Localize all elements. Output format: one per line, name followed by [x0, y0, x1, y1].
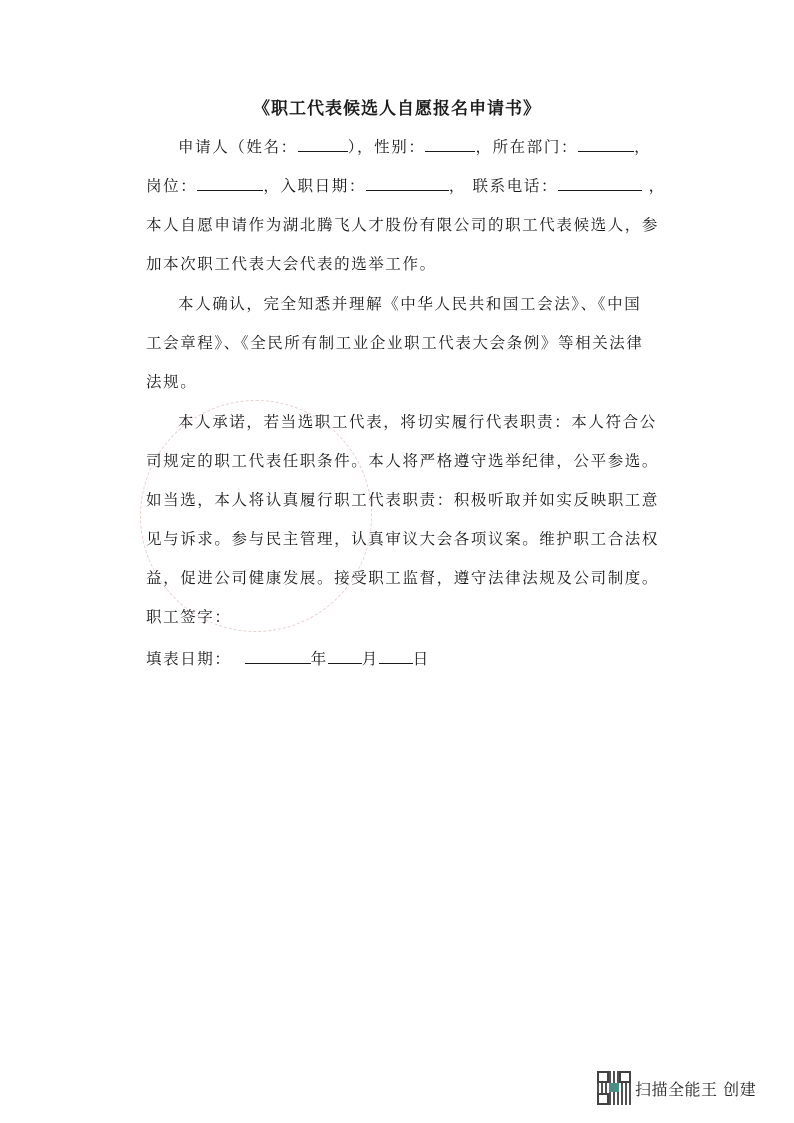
gender-label: ），性别： — [348, 138, 426, 156]
document-title: 《职工代表候选人自愿报名申请书》 — [0, 94, 794, 119]
paragraph-3-line-2: 司规定的职工代表任职条件。本人将严格遵守选举纪律，公平参选。 — [146, 451, 658, 471]
paragraph-1-line-2: 加本次职工代表大会代表的选举工作。 — [146, 254, 658, 274]
paragraph-2-line-3: 法规。 — [146, 372, 658, 392]
day-label: 日 — [413, 650, 430, 668]
hire-date-blank[interactable] — [366, 176, 449, 191]
applicant-name-blank[interactable] — [298, 137, 348, 152]
scanner-watermark: 扫描全能王 创建 — [597, 1071, 756, 1105]
qr-code-icon — [597, 1071, 631, 1105]
paragraph-3-line-4: 见与诉求。参与民主管理，认真审议大会各项议案。维护职工合法权 — [146, 529, 658, 549]
watermark-text: 扫描全能王 创建 — [635, 1077, 756, 1100]
paragraph-1-line-1: 本人自愿申请作为湖北腾飞人才股份有限公司的职工代表候选人，参 — [146, 215, 658, 235]
paragraph-2-line-2: 工会章程》、《全民所有制工业企业职工代表大会条例》等相关法律 — [146, 333, 658, 353]
applicant-name-label: 申请人（姓名： — [178, 138, 298, 156]
position-info-line: 岗位：，入职日期：， 联系电话： ， — [146, 176, 658, 196]
year-blank[interactable] — [245, 649, 311, 664]
faint-seal-stamp — [140, 400, 372, 632]
position-blank[interactable] — [197, 176, 263, 191]
signature-line: 职工签字： — [146, 607, 658, 627]
month-label: 月 — [362, 650, 379, 668]
phone-label: ， 联系电话： — [449, 177, 558, 195]
punctuation: ， — [642, 177, 666, 195]
fill-date-label: 填表日期： — [146, 650, 232, 668]
day-blank[interactable] — [379, 649, 413, 664]
paragraph-2-line-1: 本人确认，完全知悉并理解《中华人民共和国工会法》、《中国 — [178, 294, 658, 314]
department-label: ，所在部门： — [475, 138, 578, 156]
fill-date-line: 填表日期： 年月日 — [146, 649, 658, 669]
hire-date-label: ，入职日期： — [263, 177, 366, 195]
month-blank[interactable] — [328, 649, 362, 664]
signature-label: 职工签字： — [146, 608, 232, 626]
gender-blank[interactable] — [425, 137, 475, 152]
punctuation: ， — [634, 138, 651, 156]
department-blank[interactable] — [578, 137, 634, 152]
paragraph-3-line-1: 本人承诺，若当选职工代表，将切实履行代表职责：本人符合公 — [178, 412, 658, 432]
year-label: 年 — [311, 650, 328, 668]
applicant-info-line: 申请人（姓名：），性别：，所在部门：， — [178, 137, 658, 157]
paragraph-3-line-3: 如当选，本人将认真履行职工代表职责：积极听取并如实反映职工意 — [146, 490, 658, 510]
phone-blank[interactable] — [558, 176, 642, 191]
paragraph-3-line-5: 益，促进公司健康发展。接受职工监督，遵守法律法规及公司制度。 — [146, 568, 658, 588]
position-label: 岗位： — [146, 177, 197, 195]
